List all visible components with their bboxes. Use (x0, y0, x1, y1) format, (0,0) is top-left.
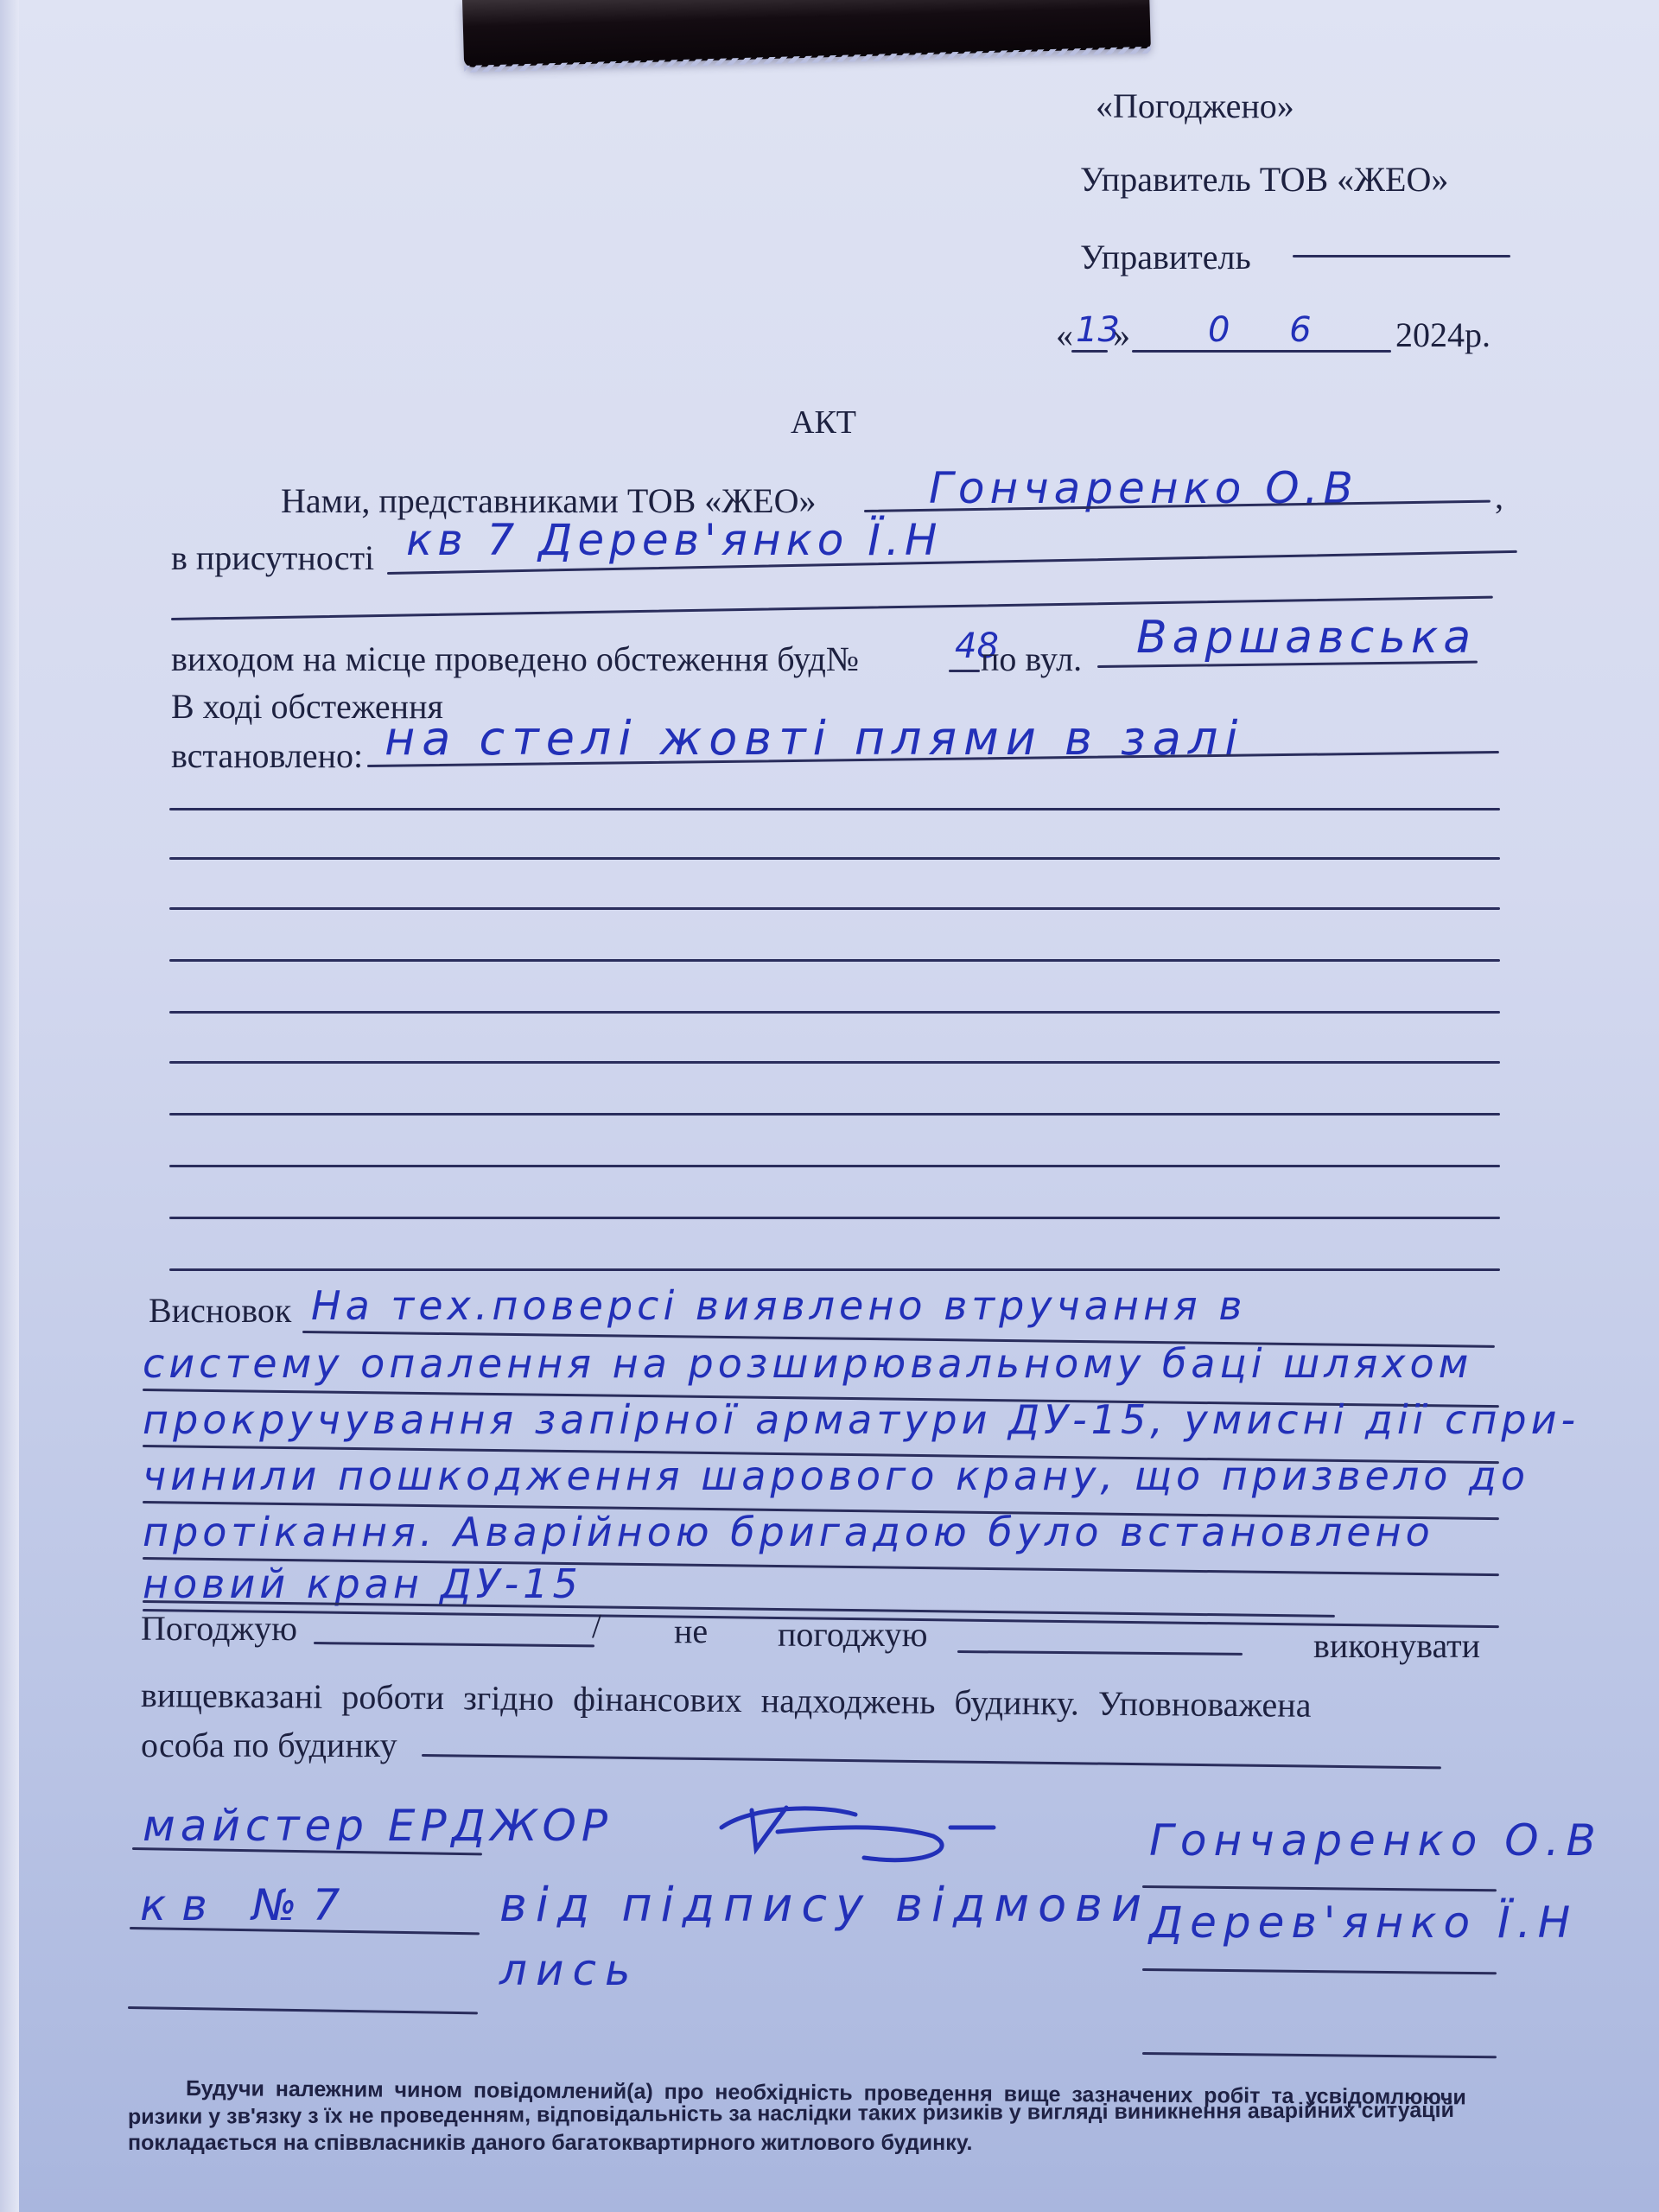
document-title: АКТ (791, 406, 856, 439)
agreement-line-2: вищевказані роботи згідно фінансових над… (141, 1678, 1312, 1723)
ruled-line[interactable] (169, 1217, 1500, 1219)
date-year: 2024р. (1395, 318, 1491, 353)
clipboard-clip (462, 0, 1151, 67)
approved-heading: «Погоджено» (1096, 89, 1294, 124)
conclusion-line[interactable]: протікання. Аварійною бригадою було вста… (143, 1512, 1434, 1552)
sign-right-2: Дерев'янко Ї.Н (1149, 1901, 1577, 1944)
manager-signature-line[interactable] (1293, 255, 1510, 257)
ruled-line[interactable] (169, 1165, 1500, 1167)
sign-right-1: Гончаренко О.В (1149, 1819, 1603, 1862)
conclusion-line[interactable]: чинили пошкодження шарового крану, що пр… (143, 1456, 1529, 1496)
street-label: по вул. (981, 642, 1082, 677)
conclusion-line[interactable]: систему опалення на розширювальному баці… (143, 1344, 1472, 1383)
refusal-note-1: від підпису відмови (499, 1882, 1150, 1929)
person-line[interactable] (422, 1754, 1441, 1769)
agree-slash: / (592, 1609, 601, 1643)
date-month[interactable]: 0 6 (1208, 313, 1336, 347)
signature-scribble-icon (717, 1797, 1002, 1866)
date-close-quote: » (1113, 318, 1130, 353)
agree-line[interactable] (314, 1642, 594, 1647)
ruled-line[interactable] (169, 808, 1500, 810)
presence-label: в присутності (171, 541, 374, 575)
paper-edge (0, 0, 19, 2212)
date-month-line (1132, 350, 1391, 353)
sign-right-line-1[interactable] (1142, 1885, 1497, 1891)
manager-label: Управитель (1080, 240, 1251, 275)
ruled-line[interactable] (169, 1061, 1500, 1064)
date-day-line (1071, 350, 1108, 353)
disagree-label: погоджую (778, 1618, 928, 1652)
street-value[interactable]: Варшавська (1136, 615, 1476, 660)
manager-company: Управитель ТОВ «ЖЕО» (1080, 162, 1448, 197)
ruled-line[interactable] (169, 959, 1500, 962)
perform-word: виконувати (1313, 1629, 1480, 1663)
reps-comma: , (1495, 480, 1503, 514)
agree-label: Погоджую (141, 1611, 297, 1646)
conclusion-label: Висновок (149, 1294, 291, 1328)
ruled-line[interactable] (169, 1113, 1500, 1116)
person-label: особа по будинку (141, 1728, 397, 1763)
building-number-line (949, 670, 980, 672)
sign-left-1: майстер ЕРДЖОР (143, 1804, 613, 1847)
ruled-line[interactable] (169, 1011, 1500, 1014)
ruled-line[interactable] (169, 907, 1500, 910)
sign-right-line-2[interactable] (1142, 1968, 1497, 1974)
ruled-line[interactable] (169, 1268, 1500, 1271)
sign-left-2: кв №7 (140, 1884, 355, 1927)
conclusion-line[interactable]: новий кран ДУ-15 (143, 1564, 582, 1604)
found-label: встановлено: (171, 739, 363, 773)
conclusion-rule-line (143, 1600, 1335, 1618)
footer-line-3: покладається на співвласників даного баг… (128, 2133, 972, 2154)
conclusion-line[interactable]: На тех.поверсі виявлено втручання в (311, 1286, 1246, 1325)
survey-label: виходом на місце проведено обстеження бу… (171, 642, 859, 677)
disagree-line[interactable] (957, 1650, 1243, 1656)
sign-left-line-3[interactable] (128, 2006, 478, 2014)
presence-value[interactable]: кв 7 Дерев'янко Ї.Н (406, 518, 943, 562)
date-open-quote: « (1056, 318, 1073, 353)
ruled-line[interactable] (169, 857, 1500, 860)
conclusion-line[interactable]: прокручування запірної арматури ДУ-15, у… (143, 1400, 1580, 1440)
reps-label: Нами, представниками ТОВ «ЖЕО» (281, 484, 816, 518)
refusal-note-2: лись (499, 1948, 639, 1992)
sign-right-line-3[interactable] (1142, 2052, 1497, 2058)
footer-line-2: ризики у зв'язку з їх не проведенням, ві… (128, 2100, 1454, 2128)
not-word: не (674, 1614, 708, 1649)
